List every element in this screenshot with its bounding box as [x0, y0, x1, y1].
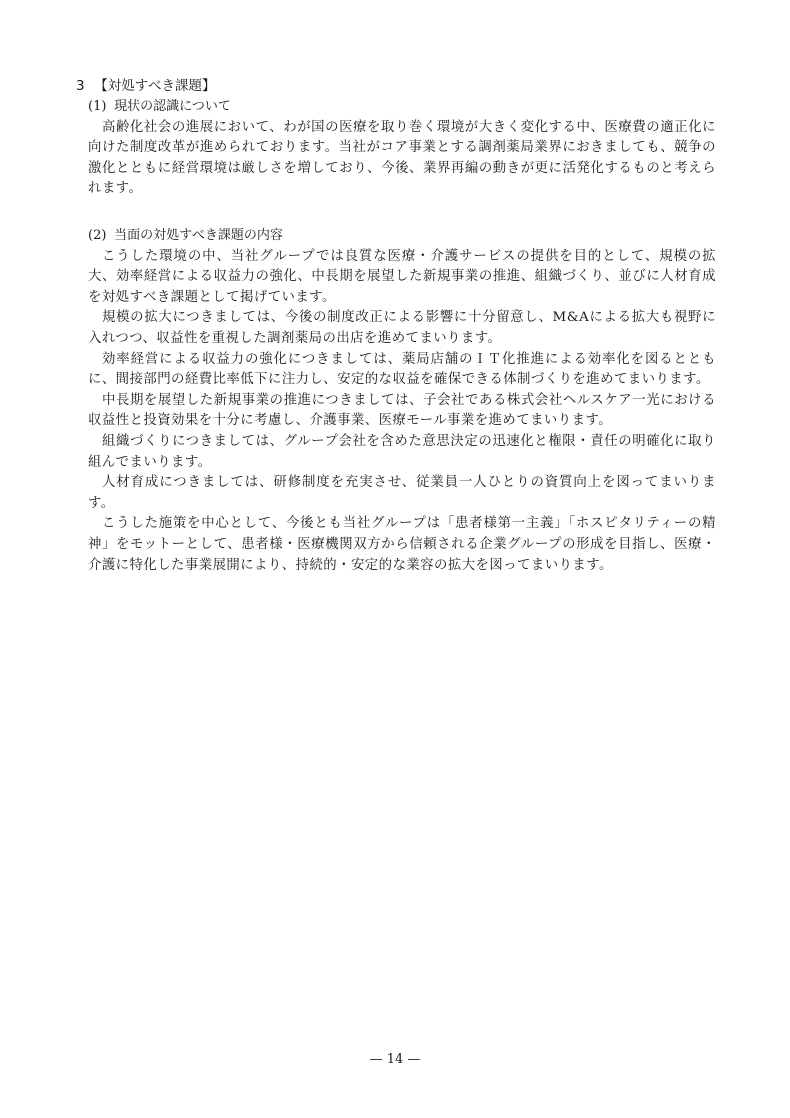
subsection-current-recognition: (1) 現状の認識について 高齢化社会の進展において、わが国の医療を取り巻く環境…: [88, 97, 716, 200]
paragraph: 規模の拡大につきましては、今後の制度改正による影響に十分留意し、M&Aによる拡大…: [88, 308, 716, 349]
paragraph: 効率経営による収益力の強化につきましては、薬局店舗のＩＴ化推進による効率化を図る…: [88, 350, 716, 391]
subsection-number: (2): [88, 226, 110, 247]
document-page: 3 【対処すべき課題】 (1) 現状の認識について 高齢化社会の進展において、わ…: [0, 0, 790, 1118]
subsection-title: 当面の対処すべき課題の内容: [114, 228, 283, 243]
subsection-title: 現状の認識について: [114, 99, 231, 114]
paragraph: 中長期を展望した新規事業の推進につきましては、子会社である株式会社ヘルスケア一光…: [88, 391, 716, 432]
section-title: 【対処すべき課題】: [94, 78, 215, 94]
paragraph: 人材育成につきましては、研修制度を充実させ、従業員一人ひとりの資質向上を図ってま…: [88, 473, 716, 514]
subsection-heading: (1) 現状の認識について: [88, 97, 716, 118]
paragraph: 組織づくりにつきましては、グループ会社を含めた意思決定の迅速化と権限・責任の明確…: [88, 432, 716, 473]
page-number: — 14 —: [0, 1052, 790, 1068]
subsection-heading: (2) 当面の対処すべき課題の内容: [88, 226, 716, 247]
paragraph: 高齢化社会の進展において、わが国の医療を取り巻く環境が大きく変化する中、医療費の…: [88, 118, 716, 200]
paragraph: こうした環境の中、当社グループでは良質な医療・介護サービスの提供を目的として、規…: [88, 247, 716, 309]
subsection-current-issues: (2) 当面の対処すべき課題の内容 こうした環境の中、当社グループでは良質な医療…: [88, 226, 716, 576]
paragraph: こうした施策を中心として、今後とも当社グループは「患者様第一主義」「ホスピタリテ…: [88, 514, 716, 576]
subsection-number: (1): [88, 97, 110, 118]
section-number: 3: [76, 76, 90, 96]
section-heading: 3 【対処すべき課題】: [76, 76, 216, 96]
